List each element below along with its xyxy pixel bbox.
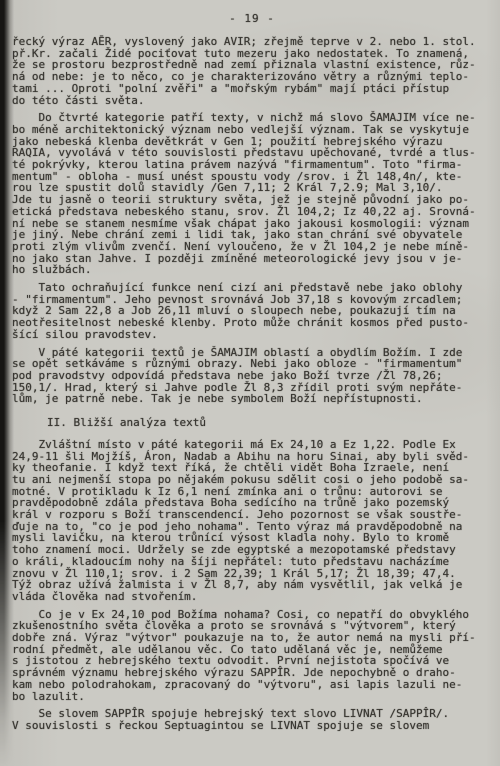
scanned-document-page: - 19 - řecký výraz AĒR, vyslovený jako A… [0,0,500,766]
typewritten-text-area: - 19 - řecký výraz AĒR, vyslovený jako A… [0,0,500,732]
paragraph-fifth-category: V páté kategorii textů je ŠAMAJIM oblast… [12,347,492,406]
paragraph-protective-function: Tato ochraňující funkce není cizí ani př… [12,282,492,341]
paragraph-sappir-livnat: Se slovem SAPPÎR spojuje hebrejský text … [12,708,492,731]
paragraph-fourth-category: Do čtvrté kategorie patří texty, v nichž… [12,112,492,276]
page-number: - 19 - [12,13,492,25]
paragraph-ex-24-10: Zvláštní místo v páté kategorii má Ex 24… [12,439,492,603]
section-heading: II. Bližší analýza textů [12,417,492,429]
paragraph-under-gods-feet: Co je v Ex 24,10 pod Božíma nohama? Cosi… [12,609,492,703]
paragraph-aer-continuation: řecký výraz AĒR, vyslovený jako AVIR; zř… [12,36,492,106]
